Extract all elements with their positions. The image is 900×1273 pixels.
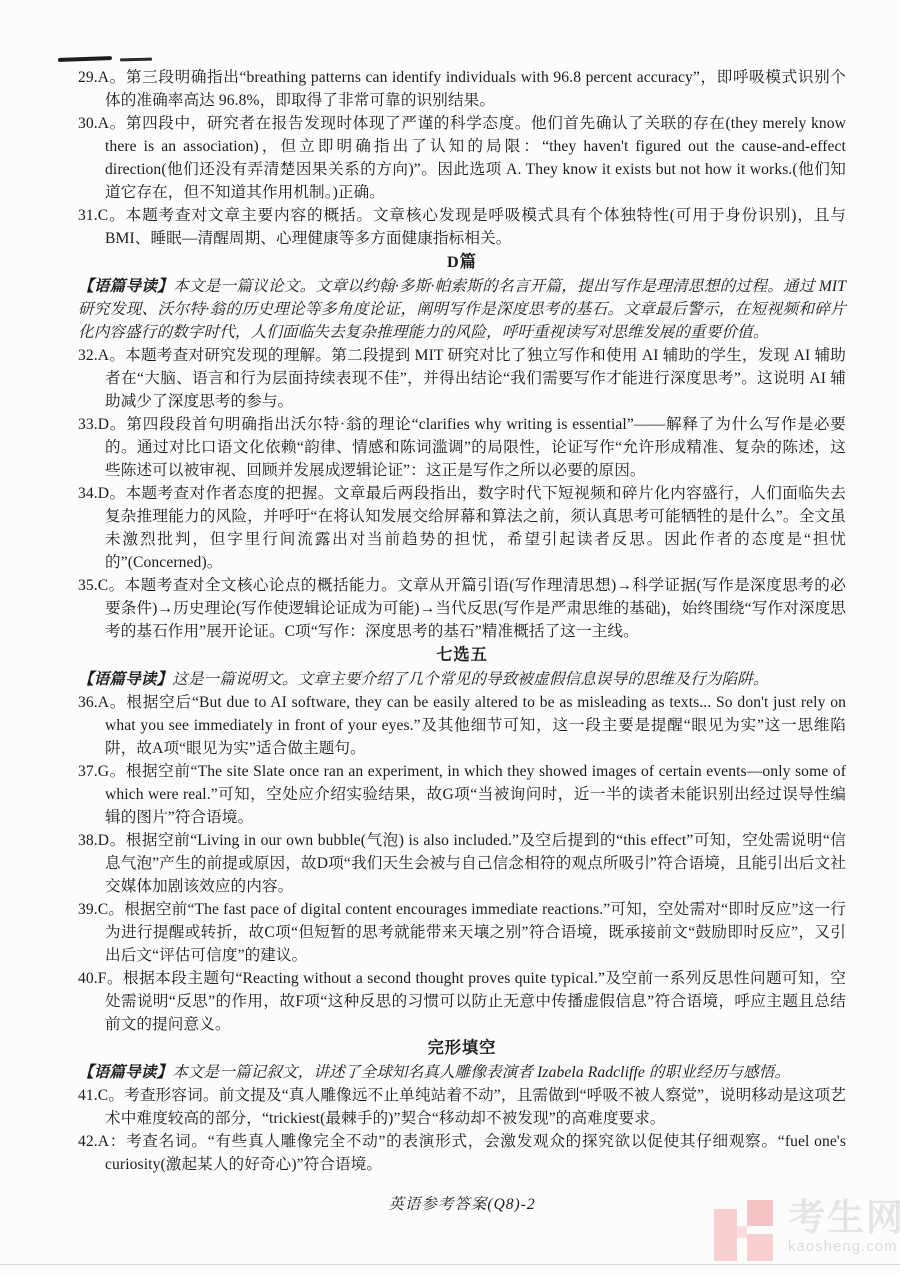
passage-guide-cloze: 【语篇导读】本文是一篇记叙文，讲述了全球知名真人雕像表演者 Izabela Ra… bbox=[78, 1061, 846, 1084]
section-header-seven-choose-five: 七选五 bbox=[78, 644, 846, 667]
kaosheng-site-name: 考生网 bbox=[788, 1198, 900, 1238]
kaosheng-site-domain: kaosheng.com bbox=[788, 1238, 900, 1255]
guide-text-seven-five: 这是一篇说明文。文章主要介绍了几个常见的导致被虚假信息误导的思维及行为陷阱。 bbox=[172, 671, 768, 688]
answer-item-38: 38.D。根据空前“Living in our own bubble(气泡) i… bbox=[78, 829, 846, 898]
answer-key-content: 29.A。第三段明确指出“breathing patterns can iden… bbox=[78, 66, 846, 1232]
guide-text-cloze: 本文是一篇记叙文，讲述了全球知名真人雕像表演者 Izabela Radcliff… bbox=[172, 1064, 790, 1081]
guide-text-d: 本文是一篇议论文。文章以约翰·多斯·帕索斯的名言开篇，提出写作是理清思想的过程。… bbox=[78, 278, 846, 341]
kaosheng-logo-icon bbox=[714, 1200, 776, 1262]
answer-item-34: 34.D。本题考查对作者态度的把握。文章最后两段指出，数字时代下短视频和碎片化内… bbox=[78, 482, 846, 574]
answer-item-37: 37.G。根据空前“The site Slate once ran an exp… bbox=[78, 760, 846, 829]
answer-item-41: 41.C。考查形容词。前文提及“真人雕像远不止单纯站着不动”，且需做到“呼吸不被… bbox=[78, 1084, 846, 1130]
answer-item-35: 35.C。本题考查对全文核心论点的概括能力。文章从开篇引语(写作理清思想)→科学… bbox=[78, 574, 846, 643]
section-header-cloze: 完形填空 bbox=[78, 1037, 846, 1060]
scan-dash-mark bbox=[58, 56, 112, 62]
guide-prefix-label: 【语篇导读】 bbox=[78, 1064, 172, 1081]
answer-item-42: 42.A：考查名词。“有些真人雕像完全不动”的表演形式，会激发观众的探究欲以促使… bbox=[78, 1130, 846, 1176]
answer-item-29: 29.A。第三段明确指出“breathing patterns can iden… bbox=[78, 66, 846, 112]
answer-item-40: 40.F。根据本段主题句“Reacting without a second t… bbox=[78, 967, 846, 1036]
guide-prefix-label: 【语篇导读】 bbox=[78, 671, 172, 688]
answer-item-31: 31.C。本题考查对文章主要内容的概括。文章核心发现是呼吸模式具有个体独特性(可… bbox=[78, 204, 846, 250]
answer-item-30: 30.A。第四段中，研究者在报告发现时体现了严谨的科学态度。他们首先确认了关联的… bbox=[78, 112, 846, 204]
passage-guide-d: 【语篇导读】本文是一篇议论文。文章以约翰·多斯·帕索斯的名言开篇，提出写作是理清… bbox=[78, 275, 846, 344]
kaosheng-watermark: 考生网 kaosheng.com bbox=[714, 1198, 900, 1266]
answer-item-32: 32.A。本题考查对研究发现的理解。第二段提到 MIT 研究对比了独立写作和使用… bbox=[78, 344, 846, 413]
section-header-passage-d: D篇 bbox=[78, 251, 846, 274]
page-bottom-rule bbox=[0, 1264, 900, 1265]
answer-item-36: 36.A。根据空后“But due to AI software, they c… bbox=[78, 691, 846, 760]
scanned-answer-page: 29.A。第三段明确指出“breathing patterns can iden… bbox=[0, 0, 900, 1273]
scan-dash-mark-2 bbox=[120, 58, 152, 61]
answer-item-39: 39.C。根据空前“The fast pace of digital conte… bbox=[78, 898, 846, 967]
guide-prefix-label: 【语篇导读】 bbox=[78, 278, 173, 295]
answer-item-33: 33.D。第四段段首句明确指出沃尔特·翁的理论“clarifies why wr… bbox=[78, 413, 846, 482]
passage-guide-seven-five: 【语篇导读】这是一篇说明文。文章主要介绍了几个常见的导致被虚假信息误导的思维及行… bbox=[78, 668, 846, 691]
kaosheng-watermark-text: 考生网 kaosheng.com bbox=[788, 1198, 900, 1255]
